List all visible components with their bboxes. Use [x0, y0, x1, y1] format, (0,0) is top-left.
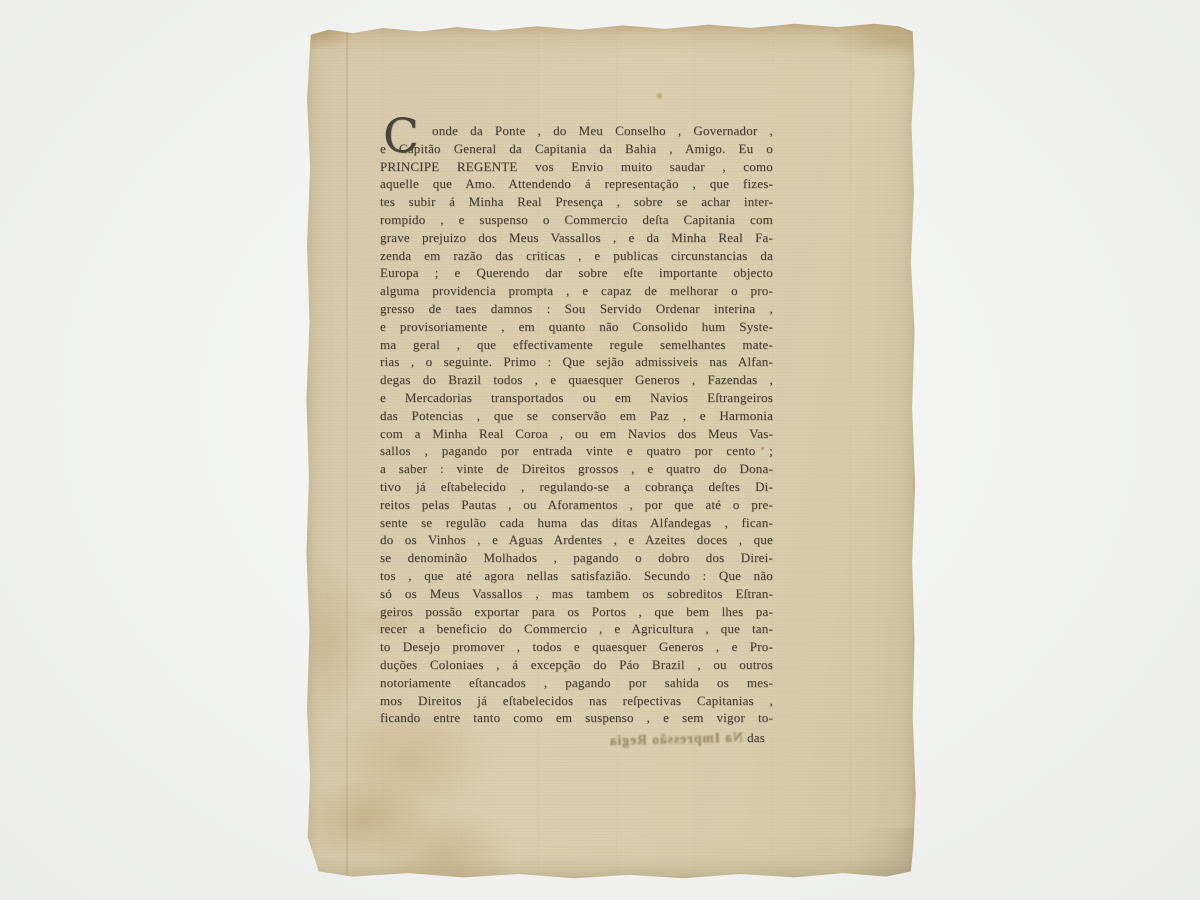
text-line: com a Minha Real Coroa , ou em Navios do… [380, 425, 773, 443]
text-lines: onde da Ponte , do Meu Conselho , Govern… [380, 122, 773, 727]
text-line: reitos pelas Pautas , ou Aforamentos , p… [380, 496, 773, 514]
text-line: aquelle que Amo. Attendendo á representa… [380, 175, 773, 193]
text-line: do os Vinhos , e Aguas Ardentes , e Azei… [380, 531, 773, 549]
paper-sheet: C onde da Ponte , do Meu Conselho , Gove… [304, 22, 917, 880]
text-line: e Mercadorias transportados ou em Navios… [380, 389, 773, 407]
text-line: gresso de taes damnos : Sou Servido Orde… [380, 300, 773, 318]
drop-cap: C [383, 113, 419, 160]
text-line: notoriamente eſtancados , pagando por sa… [380, 674, 773, 692]
paper-crease [346, 22, 348, 880]
text-line: alguma providencia prompta , e capaz de … [380, 282, 773, 300]
text-line: sente se regulão cada huma das ditas Alf… [380, 514, 773, 532]
text-line: to Desejo promover , todos e quaesquer G… [380, 638, 773, 656]
text-line: tivo já eſtabelecido , regulando-se a co… [380, 478, 773, 496]
text-line: e provisoriamente , em quanto não Consol… [380, 318, 773, 336]
text-line: geiros possão exportar para os Portos , … [380, 603, 773, 621]
text-line: e Capitão General da Capitania da Bahia … [380, 140, 773, 158]
show-through-imprint: Na Impressão Regia [609, 728, 743, 749]
text-line: ma geral , que effectivamente regule sem… [380, 336, 773, 354]
text-line: grave prejuizo dos Meus Vassallos , e da… [380, 229, 773, 247]
corner-fold [807, 828, 917, 880]
text-line: duções Coloniaes , á excepção do Páo Bra… [380, 656, 773, 674]
text-line: se denominão Molhados , pagando o dobro … [380, 549, 773, 567]
text-line: sallos , pagando por entrada vinte e qua… [380, 442, 773, 460]
text-line: tos , que até agora nellas satisfazião. … [380, 567, 773, 585]
text-line: ficando entre tanto como em suspenso , e… [380, 709, 773, 727]
text-line: PRINCIPE REGENTE vos Envio muito saudar … [380, 158, 773, 176]
text-line: só os Meus Vassallos , mas tambem os sob… [380, 585, 773, 603]
text-line: zenda em razão das criticas , e publicas… [380, 247, 773, 265]
text-line: a saber : vinte de Direitos grossos , e … [380, 460, 773, 478]
text-line: rias , o seguinte. Primo : Que sejão adm… [380, 353, 773, 371]
text-line: das Potencias , que se conservão em Paz … [380, 407, 773, 425]
text-line: degas do Brazil todos , e quaesquer Gene… [380, 371, 773, 389]
catchword-row: Na Impressão Regia das [380, 729, 773, 747]
text-line: recer a beneficio do Commercio , e Agric… [380, 620, 773, 638]
text-line: Europa ; e Querendo dar sobre eſte impor… [380, 264, 773, 282]
catchword: das [747, 730, 765, 745]
text-line: rompido , e suspenso o Commercio deſta C… [380, 211, 773, 229]
text-line: mos Direitos já eſtabelecidos nas reſpec… [380, 692, 773, 710]
text-line: tes subir á Minha Real Presença , sobre … [380, 193, 773, 211]
text-line: onde da Ponte , do Meu Conselho , Govern… [380, 122, 773, 140]
photo-backdrop: C onde da Ponte , do Meu Conselho , Gove… [0, 0, 1200, 900]
document-text: C onde da Ponte , do Meu Conselho , Gove… [380, 122, 773, 747]
